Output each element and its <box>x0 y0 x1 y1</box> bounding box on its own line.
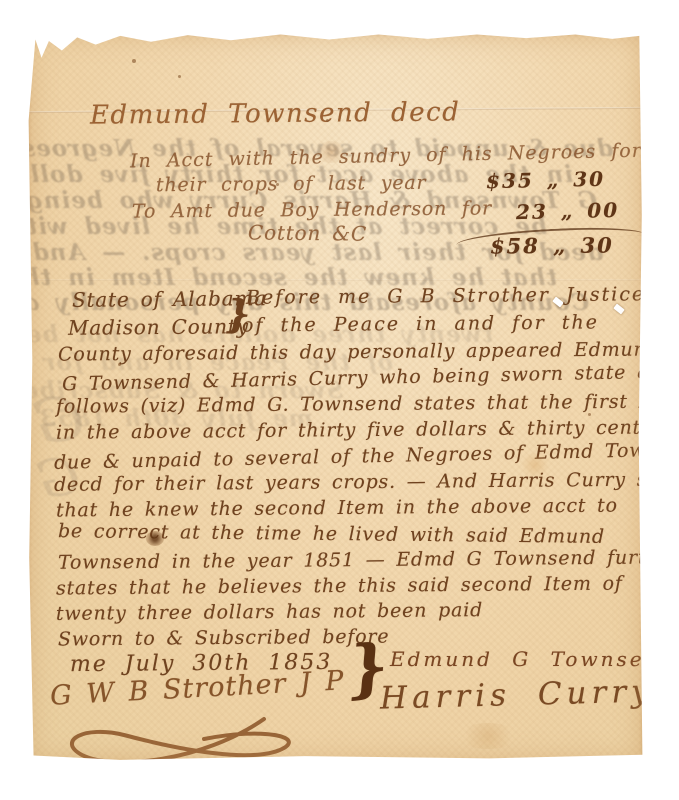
paper-edge-vignette <box>28 33 643 762</box>
paper: due & unpaid to several of the Negroes o… <box>28 33 643 762</box>
document-photo: due & unpaid to several of the Negroes o… <box>0 0 679 800</box>
